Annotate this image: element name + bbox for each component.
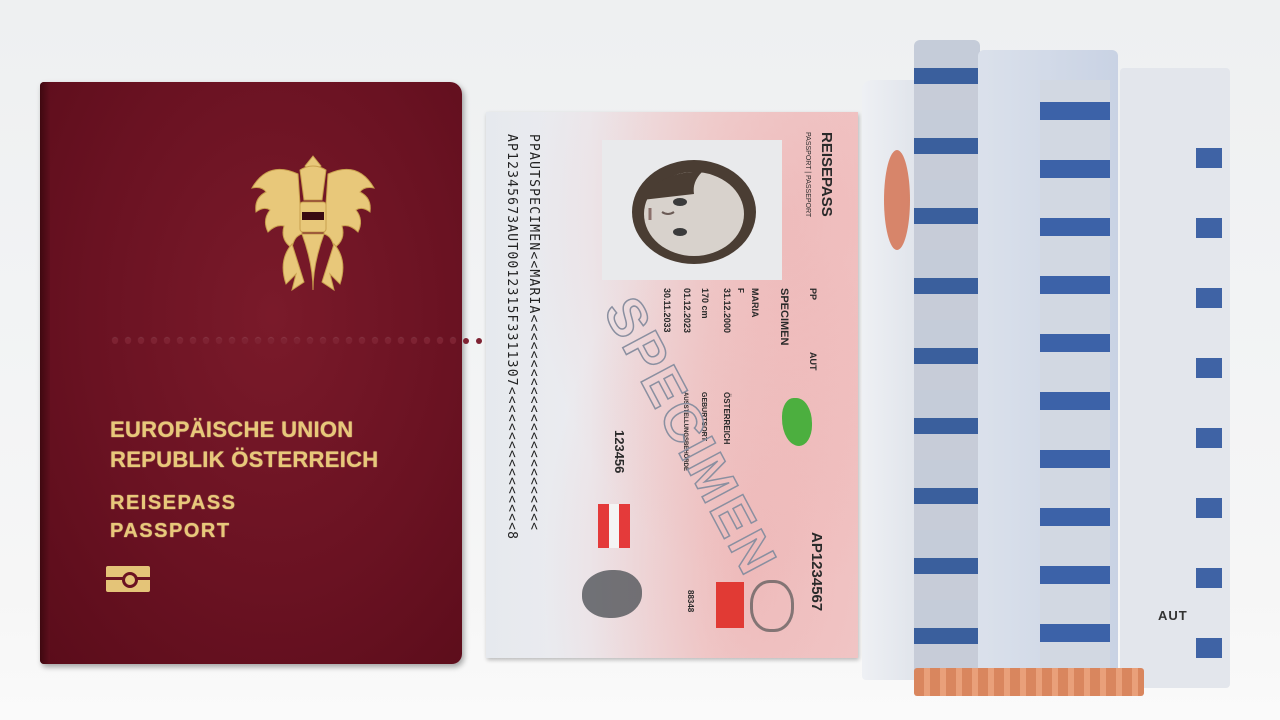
page-header: REISEPASS [818, 132, 835, 217]
passport-cover: EUROPÄISCHE UNION REPUBLIK ÖSTERREICH RE… [40, 82, 462, 664]
field-given-names: MARIA [750, 288, 760, 318]
page-stack-3 [1120, 68, 1230, 688]
biodata-page: AP12345673AUT0012315F3311307<<<<<<<<<<<<… [486, 112, 858, 658]
page-header-sub: PASSPORT | PASSEPORT [804, 132, 811, 217]
field-sex: F [736, 288, 745, 293]
austrian-flag-icon [598, 504, 630, 548]
field-date-of-birth: 31.12.2000 [722, 288, 732, 333]
cover-title-eu: EUROPÄISCHE UNION [110, 417, 353, 443]
cover-title-reisepass: REISEPASS [110, 492, 237, 515]
mrz-line-1: PPAUTSPECIMEN<<MARIA<<<<<<<<<<<<<<<<<<<<… [526, 134, 541, 531]
field-issue-date: 01.12.2023 [682, 288, 692, 333]
optically-variable-device [582, 570, 642, 618]
mrz-line-2: AP12345673AUT0012315F3311307<<<<<<<<<<<<… [504, 134, 519, 540]
inner-page-left [862, 80, 922, 680]
field-country-code: AUT [808, 352, 818, 371]
field-small-number: 88348 [686, 590, 695, 612]
visa-page-aut-label: AUT [1158, 608, 1188, 623]
visa-pages-fanned: AUT [858, 40, 1236, 696]
aut-red-security-print [716, 582, 744, 628]
cover-spine [40, 82, 50, 664]
biometric-chip-icon [106, 566, 150, 592]
ghost-image [750, 580, 794, 632]
field-type: PP [808, 288, 818, 300]
field-surname: SPECIMEN [778, 288, 790, 345]
page-edges [914, 668, 1144, 696]
field-height: 170 cm [700, 288, 710, 319]
eagle-emblem-icon [248, 148, 378, 293]
seal-print [884, 150, 910, 250]
holder-photo [602, 140, 782, 280]
field-number: 123456 [612, 430, 627, 473]
page-stack-2 [978, 50, 1118, 690]
cover-title-passport: PASSPORT [110, 520, 231, 543]
photo-scene: EUROPÄISCHE UNION REPUBLIK ÖSTERREICH RE… [0, 0, 1280, 720]
page-stack-1 [914, 40, 980, 696]
braille-embossing [112, 338, 495, 344]
field-passport-number: AP1234567 [808, 532, 825, 611]
cover-title-country: REPUBLIK ÖSTERREICH [110, 447, 379, 473]
